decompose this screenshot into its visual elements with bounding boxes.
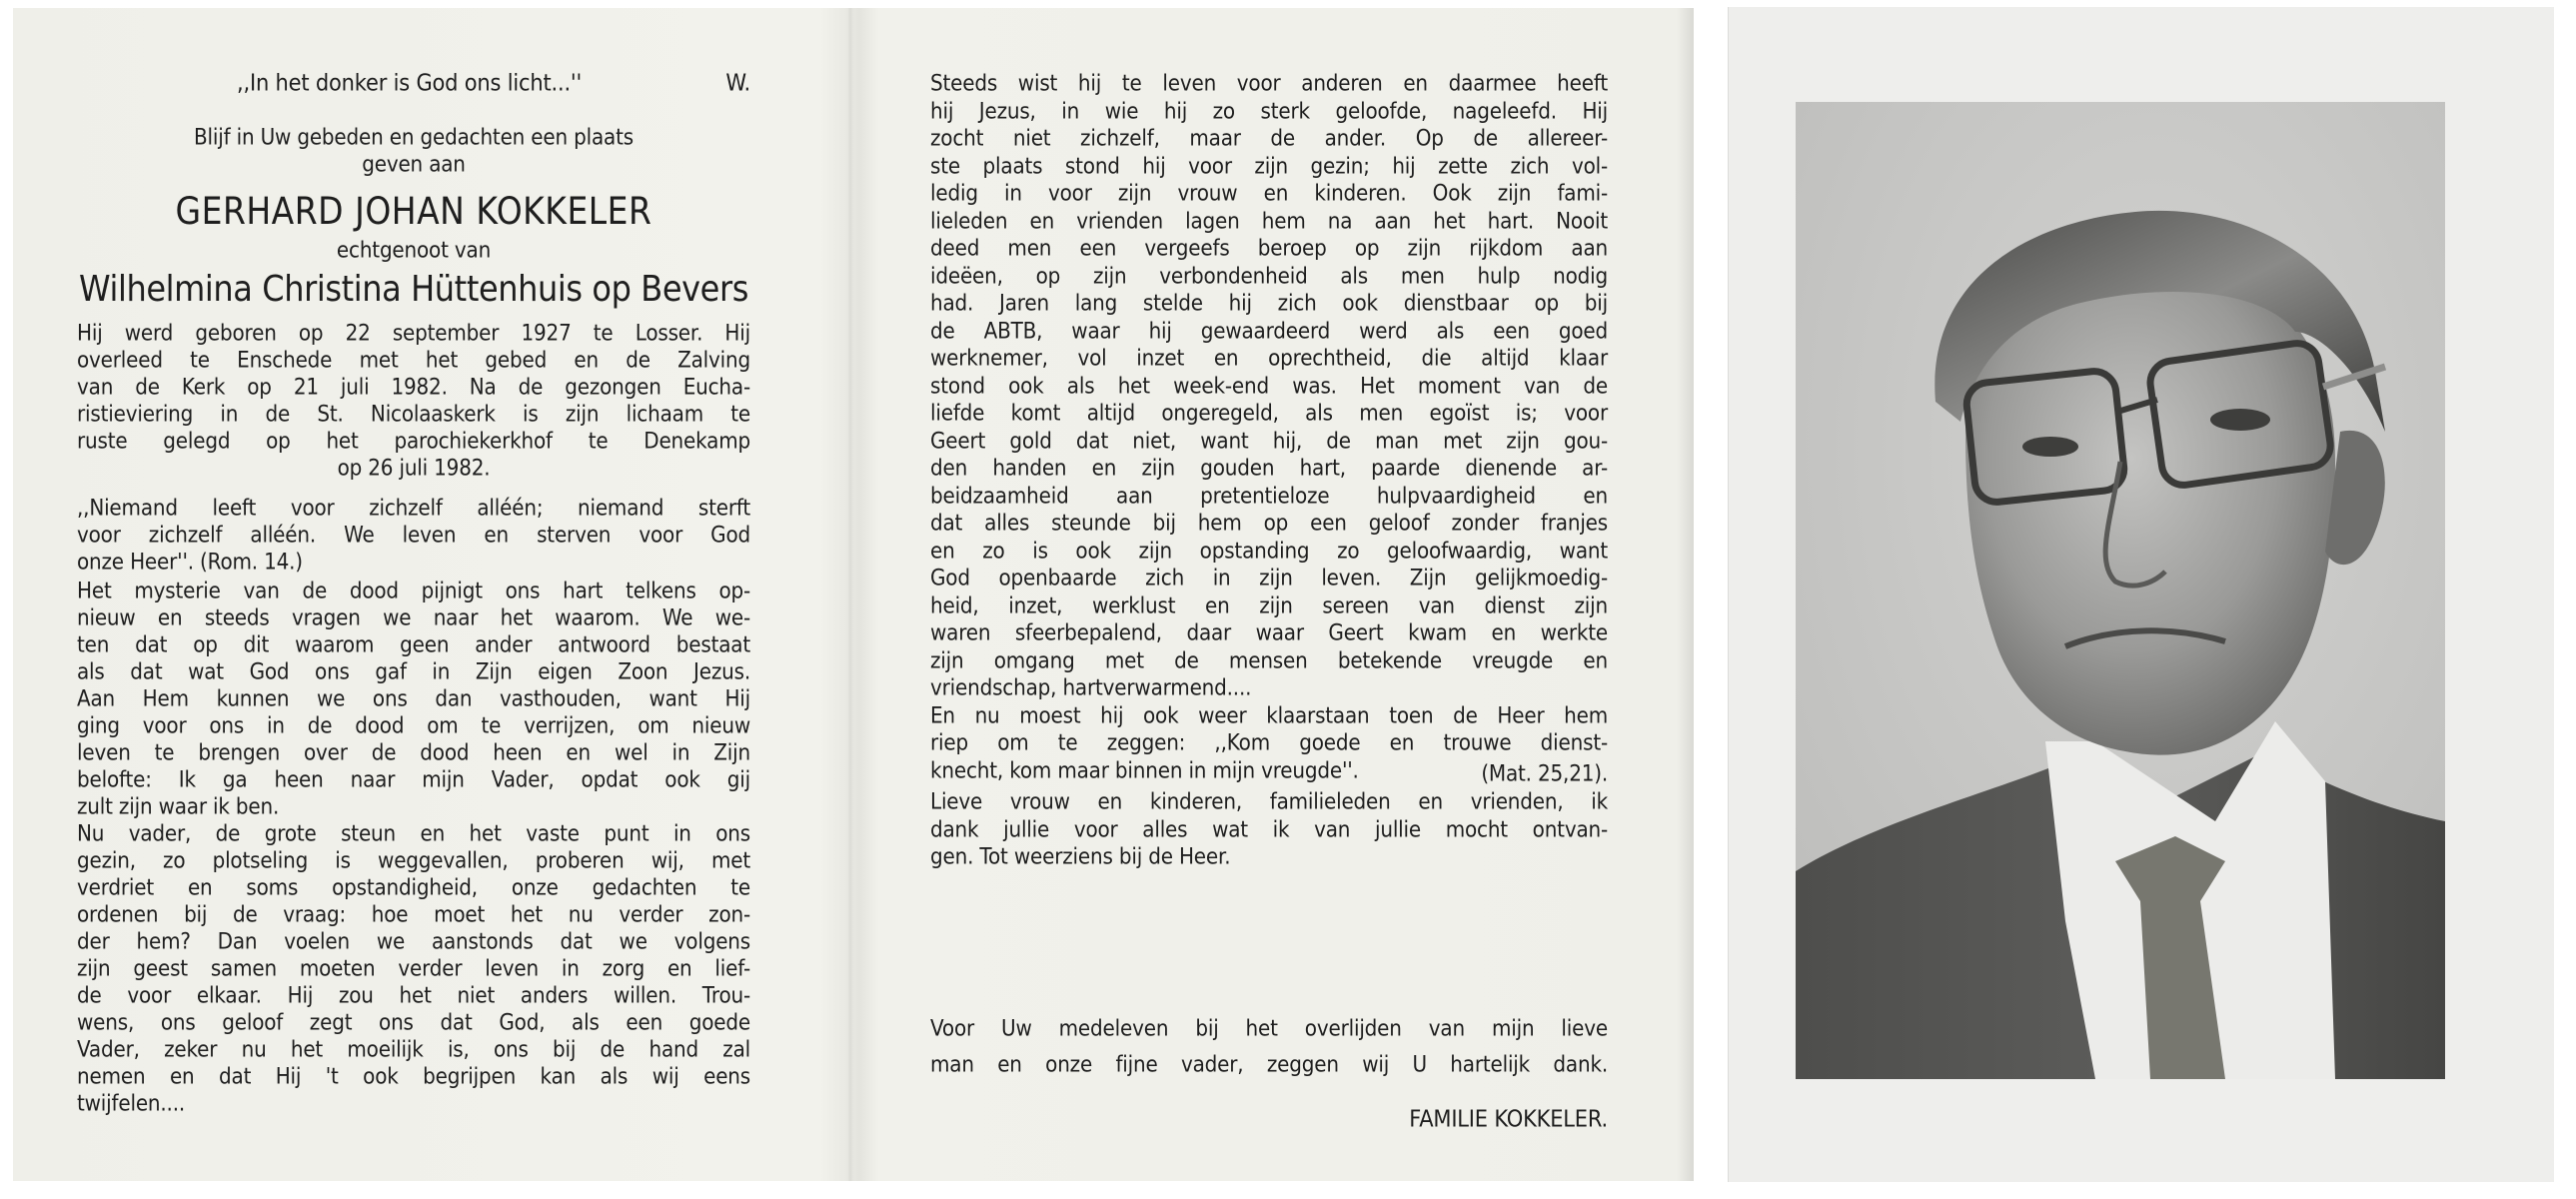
text-line: nieuw en steeds vragen we naar het waaro… <box>77 603 750 630</box>
text-line: de voor elkaar. Hij zou het niet anders … <box>77 981 750 1008</box>
text-line: man en onze fijne vader, zeggen wij U ha… <box>930 1050 1608 1077</box>
text-line: overleed te Enschede met het gebed en de… <box>77 346 750 373</box>
scripture-reference: (Mat. 25,21). <box>930 759 1608 786</box>
text-line: verdriet en soms opstandigheid, onze ged… <box>77 873 750 900</box>
text-line: ristieviering in de St. Nicolaaskerk is … <box>77 400 750 427</box>
text-line: Steeds wist hij te leven voor anderen en… <box>930 69 1608 96</box>
text-line: en zo is ook zijn opstanding zo geloofwa… <box>930 537 1608 564</box>
text-line: lieleden en vrienden lagen hem na aan he… <box>930 207 1608 234</box>
portrait-photo <box>1796 102 2445 1079</box>
spouse-name: Wilhelmina Christina Hüttenhuis op Bever… <box>49 269 778 309</box>
text-line: En nu moest hij ook weer klaarstaan toen… <box>930 701 1608 728</box>
deceased-name: GERHARD JOHAN KOKKELER <box>77 192 750 232</box>
text-line: beidzaamheid aan pretentieloze hulpvaard… <box>930 482 1608 509</box>
text-line: leven te brengen over de dood heen en we… <box>77 738 750 765</box>
text-line: twijfelen.... <box>77 1089 750 1116</box>
motto-quote: ,,In het donker is God ons licht...'' <box>237 69 582 96</box>
text-line: ideëen, op zijn verbondenheid als men hu… <box>930 262 1608 289</box>
motto-initial: W. <box>725 69 750 96</box>
text-line: dank jullie voor alles wat ik van jullie… <box>930 815 1608 842</box>
text-line: ,,Niemand leeft voor zichzelf alléén; ni… <box>77 494 750 521</box>
text-line: waren sfeerbepalend, daar waar Geert kwa… <box>930 618 1608 645</box>
text-line: wens, ons geloof zegt ons dat God, als e… <box>77 1008 750 1035</box>
text-line: ordenen bij de vraag: hoe moet het nu ve… <box>77 900 750 927</box>
text-line: Aan Hem kunnen we ons dan vasthouden, wa… <box>77 684 750 711</box>
text-line: deed men een vergeefs beroep op zijn rij… <box>930 234 1608 261</box>
text-line: nemen en dat Hij 't ook begrijpen kan al… <box>77 1062 750 1089</box>
text-line: den handen en zijn gouden hart, paarde d… <box>930 454 1608 481</box>
text-line: Nu vader, de grote steun en het vaste pu… <box>77 819 750 846</box>
intro-line: geven aan <box>77 150 750 177</box>
text-line: ten dat op dit waarom geen ander antwoor… <box>77 630 750 657</box>
text-line: van de Kerk op 21 juli 1982. Na de gezon… <box>77 373 750 400</box>
text-line: zocht niet zichzelf, maar de ander. Op d… <box>930 124 1608 151</box>
text-line: Het mysterie van de dood pijnigt ons har… <box>77 577 750 603</box>
text-line: had. Jaren lang stelde hij zich ook dien… <box>930 289 1608 316</box>
text-line: Lieve vrouw en kinderen, familieleden en… <box>930 787 1608 814</box>
text-line: voor zichzelf alléén. We leven en sterve… <box>77 521 750 548</box>
text-line: der hem? Dan voelen we aanstonds dat we … <box>77 927 750 954</box>
text-line: op 26 juli 1982. <box>77 454 750 481</box>
text-line: Geert gold dat niet, want hij, de man me… <box>930 427 1608 454</box>
text-line: zult zijn waar ik ben. <box>77 792 750 819</box>
text-line: de ABTB, waar hij gewaardeerd werd als e… <box>930 317 1608 344</box>
photo-card <box>1728 7 2554 1182</box>
text-line: Hij werd geboren op 22 september 1927 te… <box>77 319 750 346</box>
text-line: ste plaats stond hij voor zijn gezin; hi… <box>930 152 1608 179</box>
text-line: gen. Tot weerziens bij de Heer. <box>930 842 1608 869</box>
memorial-card-inside: ,,In het donker is God ons licht...'' W.… <box>13 8 1694 1181</box>
card-fold <box>847 8 853 1181</box>
text-line: belofte: Ik ga heen naar mijn Vader, opd… <box>77 765 750 792</box>
family-signature: FAMILIE KOKKELER. <box>930 1105 1608 1132</box>
text-line: gezin, zo plotseling is weggevallen, pro… <box>77 846 750 873</box>
text-line: Voor Uw medeleven bij het overlijden van… <box>930 1014 1608 1041</box>
text-line: liefde komt altijd ongeregeld, als men e… <box>930 399 1608 426</box>
text-line: heid, inzet, werklust en zijn sereen van… <box>930 592 1608 618</box>
text-line: riep om te zeggen: ,,Kom goede en trouwe… <box>930 728 1608 755</box>
text-line: als dat wat God ons gaf in Zijn eigen Zo… <box>77 657 750 684</box>
motto-line: ,,In het donker is God ons licht...'' W. <box>77 69 750 96</box>
portrait-image <box>1796 102 2445 1079</box>
text-line: stond ook als het week-end was. Het mome… <box>930 372 1608 399</box>
text-line: Vader, zeker nu het moeilijk is, ons bij… <box>77 1035 750 1062</box>
text-line: werknemer, vol inzet en oprechtheid, die… <box>930 344 1608 371</box>
text-line: onze Heer''. (Rom. 14.) <box>77 548 750 575</box>
text-line: ging voor ons in de dood om te verrijzen… <box>77 711 750 738</box>
text-line: vriendschap, hartverwarmend.... <box>930 673 1608 700</box>
text-line: zijn omgang met de mensen betekende vreu… <box>930 646 1608 673</box>
text-line: ledig in voor zijn vrouw en kinderen. Oo… <box>930 179 1608 206</box>
text-line: zijn geest samen moeten verder leven in … <box>77 954 750 981</box>
text-line: God openbaarde zich in zijn leven. Zijn … <box>930 564 1608 591</box>
intro-line: Blijf in Uw gebeden en gedachten een pla… <box>77 123 750 150</box>
text-line: dat alles steunde bij hem op een geloof … <box>930 509 1608 536</box>
text-line: ruste gelegd op het parochiekerkhof te D… <box>77 427 750 454</box>
relation-text: echtgenoot van <box>77 236 750 263</box>
text-line: hij Jezus, in wie hij zo sterk geloofde,… <box>930 97 1608 124</box>
